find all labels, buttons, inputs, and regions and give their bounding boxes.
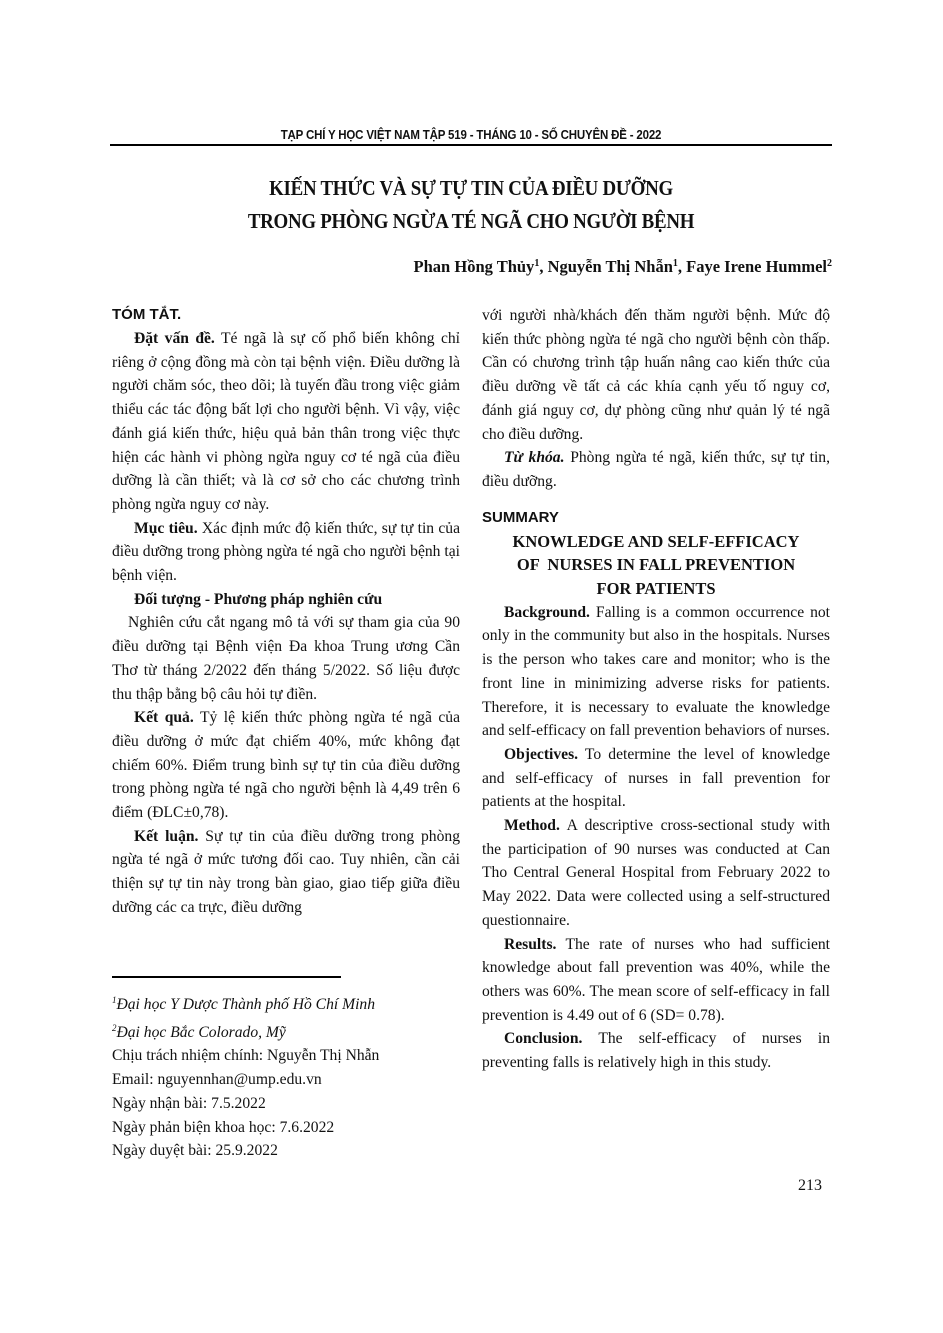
abstract-en-heading: SUMMARY (482, 506, 830, 530)
journal-page: TẠP CHÍ Y HỌC VIỆT NAM TẬP 519 - THÁNG 1… (0, 0, 943, 1333)
title-en-line-2: OF NURSES IN FALL PREVENTION (482, 553, 830, 577)
author-name: Phan Hồng Thủy (414, 257, 535, 276)
author-affiliation-mark: 2 (827, 258, 832, 269)
abstract-en-method: Method. A descriptive cross-sectional st… (482, 814, 830, 933)
left-column: TÓM TẮT. Đặt vấn đề. Té ngã là sự cố phổ… (112, 303, 460, 920)
date-received: Ngày nhận bài: 7.5.2022 (112, 1092, 460, 1116)
spacer (482, 494, 830, 506)
article-title-vi: KIẾN THỨC VÀ SỰ TỰ TIN CỦA ĐIỀU DƯỠNG TR… (110, 172, 832, 238)
abstract-vi-conclusion-cont: với người nhà/khách đến thăm người bệnh.… (482, 304, 830, 446)
abstract-vi-methods-heading: Đối tượng - Phương pháp nghiên cứu (112, 588, 460, 612)
section-label: Conclusion. (504, 1030, 582, 1047)
section-label: Từ khóa. (504, 449, 565, 466)
section-label: Method. (504, 817, 560, 834)
running-head: TẠP CHÍ Y HỌC VIỆT NAM TẬP 519 - THÁNG 1… (139, 128, 803, 142)
section-text: Falling is a common occurrence not only … (482, 604, 830, 740)
affiliation-2: 2Đại học Bắc Colorado, Mỹ (112, 1017, 460, 1045)
right-column: với người nhà/khách đến thăm người bệnh.… (482, 304, 830, 1075)
abstract-vi-heading: TÓM TẮT. (112, 303, 460, 327)
abstract-en-results: Results. The rate of nurses who had suff… (482, 933, 830, 1028)
author-name: Nguyễn Thị Nhẫn (548, 257, 673, 276)
date-accepted: Ngày duyệt bài: 25.9.2022 (112, 1139, 460, 1163)
abstract-en-background: Background. Falling is a common occurren… (482, 601, 830, 743)
section-label: Đặt vấn đề. (134, 330, 215, 347)
title-en-line-1: KNOWLEDGE AND SELF-EFFICACY (482, 530, 830, 554)
affiliation-1: 1Đại học Y Dược Thành phố Hồ Chí Minh (112, 989, 460, 1017)
author-separator: , (678, 257, 686, 276)
abstract-vi-objective: Mục tiêu. Xác định mức độ kiến thức, sự … (112, 517, 460, 588)
corresponding-author: Chịu trách nhiệm chính: Nguyễn Thị Nhẫn (112, 1044, 460, 1068)
article-title-en: KNOWLEDGE AND SELF-EFFICACY OF NURSES IN… (482, 530, 830, 601)
title-en-line-3: FOR PATIENTS (482, 577, 830, 601)
author-name: Faye Irene Hummel (686, 257, 827, 276)
section-label: Kết luận. (134, 828, 198, 845)
email: Email: nguyennhan@ump.edu.vn (112, 1068, 460, 1092)
page-number: 213 (798, 1177, 822, 1195)
abstract-en-objectives: Objectives. To determine the level of kn… (482, 743, 830, 814)
abstract-vi-methods: Nghiên cứu cắt ngang mô tả với sự tham g… (112, 611, 460, 706)
section-label: Mục tiêu. (134, 520, 198, 537)
title-line-1: KIẾN THỨC VÀ SỰ TỰ TIN CỦA ĐIỀU DƯỠNG (146, 172, 796, 205)
date-reviewed: Ngày phản biện khoa học: 7.6.2022 (112, 1116, 460, 1140)
header-rule (110, 144, 832, 146)
abstract-vi-keywords: Từ khóa. Phòng ngừa té ngã, kiến thức, s… (482, 446, 830, 493)
abstract-en-conclusion: Conclusion. The self-efficacy of nurses … (482, 1027, 830, 1074)
section-label: Results. (504, 936, 556, 953)
section-label: Kết quả. (134, 709, 194, 726)
section-label: Background. (504, 604, 590, 621)
author-separator: , (539, 257, 547, 276)
author-list: Phan Hồng Thủy1, Nguyễn Thị Nhẫn1, Faye … (414, 257, 832, 277)
section-text: Té ngã là sự cố phổ biến không chỉ riêng… (112, 330, 460, 513)
section-label: Objectives. (504, 746, 578, 763)
footnote-rule (112, 976, 341, 978)
footnotes: 1Đại học Y Dược Thành phố Hồ Chí Minh 2Đ… (112, 989, 460, 1163)
abstract-vi-results: Kết quả. Tỷ lệ kiến thức phòng ngừa té n… (112, 706, 460, 825)
title-line-2: TRONG PHÒNG NGỪA TÉ NGÃ CHO NGƯỜI BỆNH (146, 205, 796, 238)
affiliation-text: Đại học Bắc Colorado, Mỹ (117, 1024, 286, 1041)
abstract-vi-background: Đặt vấn đề. Té ngã là sự cố phổ biến khô… (112, 327, 460, 517)
affiliation-text: Đại học Y Dược Thành phố Hồ Chí Minh (117, 996, 376, 1013)
abstract-vi-conclusion: Kết luận. Sự tự tin của điều dưỡng trong… (112, 825, 460, 920)
